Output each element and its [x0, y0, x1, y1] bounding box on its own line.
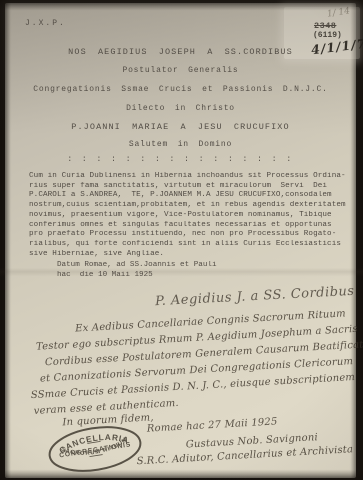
dateline-date: hac die 10 Maii 1925	[57, 271, 153, 279]
body-line: sive Hiberniae, sive Angliae.	[29, 250, 354, 260]
letterhead-salutation-1: Dilecto in Christo	[5, 104, 356, 113]
body-line: novimus, praesentium vigore, Vice-Postul…	[29, 211, 354, 221]
crossed-out-number: 2348	[314, 21, 336, 31]
dateline-place: Datum Romae, ad SS.Joannis et Pauli	[57, 261, 217, 269]
letterhead-title: NOS AEGIDIUS JOSEPH A SS.CORDIBUS	[5, 47, 356, 57]
body-line: nostrum,cuius scientiam,probitatem, et i…	[29, 201, 354, 211]
body-line: P.CAROLI a S.ANDREA, TE, P.JOANNEM M.A J…	[29, 191, 354, 201]
postulator-signature: P. Aegidius J. a SS. Cordibus	[155, 284, 355, 309]
letterhead-salutation-2: Salutem in Domino	[5, 140, 356, 149]
document-page: J.X.P. 1/ 14 2348 (6119) 4/1/1/7 NOS AEG…	[5, 3, 356, 478]
attestation-dateline: Romae hac 27 Maii 1925	[147, 416, 278, 434]
body-line: pro praefato Processu instituendo, nec n…	[29, 230, 354, 240]
chancellor-title: S.R.C. Adiutor, Cancellarius et Archivis…	[136, 444, 353, 467]
body-paragraph: Cum in Curia Dublinensi in Hibernia inch…	[29, 172, 354, 259]
letterhead-addressee: P.JOANNI MARIAE A JESU CRUCUFIXO	[5, 122, 356, 132]
letterhead-congregation: Congregationis Ssmae Crucis et Passionis…	[5, 85, 356, 94]
letterhead-subtitle: Postulator Generalis	[5, 66, 356, 75]
body-line: conferimus omnes et singulas facultates …	[29, 221, 354, 231]
body-line: rialibus, qui forte conficiendi sint in …	[29, 240, 354, 250]
body-line: rius super fama sanctitatis, virtutum et…	[29, 182, 354, 192]
body-line: Cum in Curia Dublinensi in Hibernia inch…	[29, 172, 354, 182]
colon-separator: : : : : : : : : : : : : : : : :	[5, 155, 356, 164]
photo-background: J.X.P. 1/ 14 2348 (6119) 4/1/1/7 NOS AEG…	[0, 0, 363, 480]
corner-monogram: J.X.P.	[25, 19, 66, 28]
